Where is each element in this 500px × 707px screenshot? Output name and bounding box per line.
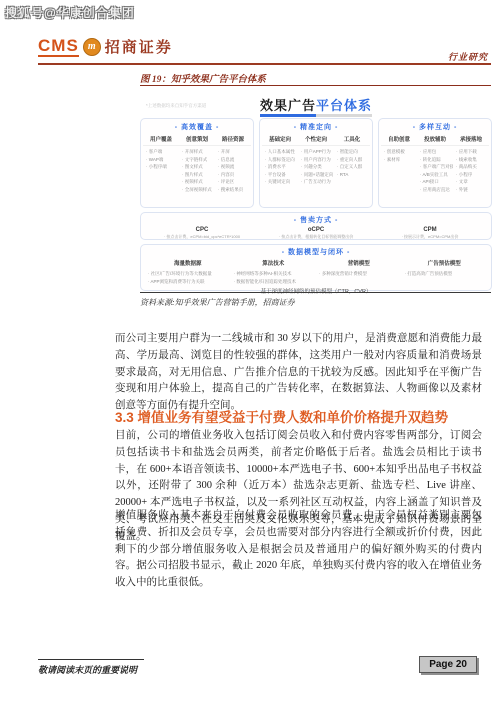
sell-mode-column: CPC· 按点击计费，eCPM=bid_cpc*eCTR*1000 [145, 227, 259, 240]
diagram-column: 承接落地· 应用下载· 线索收集· 商品购买· 小程序· 文章· 外链 [453, 134, 489, 194]
data-model-item: · APP浏览和消费等行为关联 [148, 278, 231, 286]
data-model-item: · 数据智能化/归因追踪处理技术 [234, 278, 317, 286]
data-model-column: 海量数据源· 社区/广告/环境行为等大数据量· APP浏览和消费等行为关联 [145, 259, 231, 285]
data-model-column-header: 营销模型 [316, 259, 402, 267]
diagram-top-boxes: - 高效覆盖 -用户覆盖· 客户端· WAP端· 小程序端创意策划· 开屏样式·… [140, 118, 492, 208]
sell-mode-column: oCPC· 按点击计费，根据转化目标智能调整出价 [259, 227, 373, 240]
diagram-item: · 内容页 [218, 171, 251, 179]
diagram-column-header: 路径资源 [215, 134, 251, 146]
diagram-item: · 创意模板 [384, 148, 417, 156]
diagram-item: · 商品购买 [456, 163, 489, 171]
data-model-title: - 数据模型与闭环 - [145, 247, 487, 257]
diagram-item: · 用户APP行为 [301, 148, 334, 156]
diagram-box-columns: 用户覆盖· 客户端· WAP端· 小程序端创意策划· 开屏样式· 文字链样式· … [143, 134, 251, 194]
sell-mode-name: CPC [145, 227, 259, 233]
data-model-column: 营销模型· 多种深度营销计费模型 [316, 259, 402, 285]
diagram-column: 用户覆盖· 客户端· WAP端· 小程序端 [143, 134, 179, 194]
diagram-column-header: 基础定向 [262, 134, 298, 146]
diagram-item: · 评论区 [218, 178, 251, 186]
diagram-title: 效果广告平台体系 [140, 95, 492, 114]
figure-source: 资料来源:知乎效果广告营销手册，招商证券 [140, 292, 491, 308]
diagram-item: · 平台设备 [265, 171, 298, 179]
sell-mode-name: oCPC [259, 227, 373, 233]
diagram-item: · 问题+话题定向 [301, 171, 334, 179]
diagram-item: · 客户端 [146, 148, 179, 156]
data-model-column: 广告预估模型· 打造高效广告预估模型 [402, 259, 488, 285]
diagram-item: · 人群标签定向 [265, 156, 298, 164]
diagram-item: · 消费水平 [265, 163, 298, 171]
report-category-label: 行业研究 [448, 50, 488, 63]
figure-caption: 图 19：知乎效果广告平台体系 [140, 71, 266, 85]
diagram-column-header: 创意策划 [179, 134, 215, 146]
diagram-item: · 关键词定向 [265, 178, 298, 186]
diagram-column: 个性定向· 用户APP行为· 用户内容行为· 兴趣分类· 问题+话题定向· 广告… [298, 134, 334, 186]
diagram-item: · 人口基本属性 [265, 148, 298, 156]
diagram-column: 自助创意· 创意模板· 素材库 [381, 134, 417, 194]
diagram-item: · 搜索结果页 [218, 186, 251, 194]
body-paragraph-1: 而公司主要用户群为一二线城市和 30 岁以下的用户，是消费意愿和消费能力最高、学… [115, 331, 482, 415]
diagram-item: · 小程序 [456, 171, 489, 179]
diagram-item: · 素材库 [384, 156, 417, 164]
diagram-item: · 外链 [456, 186, 489, 194]
diagram-column: 路径资源· 开屏· 信息流· 视频流· 内容页· 评论区· 搜索结果页 [215, 134, 251, 194]
data-model-columns: 海量数据源· 社区/广告/环境行为等大数据量· APP浏览和消费等行为关联算法技… [145, 259, 487, 285]
diagram-column-items: · 用户APP行为· 用户内容行为· 兴趣分类· 问题+话题定向· 广告互动行为 [298, 146, 334, 186]
diagram-box: - 多样互动 -自助创意· 创意模板· 素材库投放辅助· 应用包· 转化追踪· … [378, 118, 492, 208]
data-model-item: · 多种深度营销计费模型 [319, 270, 402, 278]
diagram-item: · 客户端广告对接 [420, 163, 453, 171]
data-model-column-items: · 社区/广告/环境行为等大数据量· APP浏览和消费等行为关联 [145, 268, 231, 285]
diagram-column-items: · 智能定向· 重定向人群· 自定义人群· RTA [334, 146, 370, 178]
diagram-item: · 重定向人群 [337, 156, 370, 164]
diagram-item: · 智能定向 [337, 148, 370, 156]
diagram-item: · 信息流 [218, 156, 251, 164]
diagram-item: · 全屏视频样式 [182, 186, 215, 194]
diagram-item: · 线索收集 [456, 156, 489, 164]
diagram-item: · 视频样式 [182, 178, 215, 186]
diagram-item: · RTA [337, 171, 370, 179]
data-model-box: - 数据模型与闭环 - 海量数据源· 社区/广告/环境行为等大数据量· APP浏… [140, 244, 492, 291]
diagram-item: · 应用商店直达 [420, 186, 453, 194]
diagram-column: 工具化· 智能定向· 重定向人群· 自定义人群· RTA [334, 134, 370, 186]
data-model-column: 算法技术· 神经网络等多种AI-相关技术· 数据智能化/归因追踪处理技术 [231, 259, 317, 285]
diagram-item: · 图片样式 [182, 171, 215, 179]
page-number-badge: Page 20 [419, 656, 477, 673]
diagram-column-items: · 开屏· 信息流· 视频流· 内容页· 评论区· 搜索结果页 [215, 146, 251, 194]
figure-diagram: *上述数据均来自知乎官方渠道 效果广告平台体系 - 高效覆盖 -用户覆盖· 客户… [140, 88, 492, 291]
diagram-box: - 高效覆盖 -用户覆盖· 客户端· WAP端· 小程序端创意策划· 开屏样式·… [140, 118, 254, 208]
diagram-column-header: 用户覆盖 [143, 134, 179, 146]
data-model-column-items: · 多种深度营销计费模型 [316, 268, 402, 278]
diagram-box: - 精准定向 -基础定向· 人口基本属性· 人群标签定向· 消费水平· 平台设备… [259, 118, 373, 208]
diagram-box-title: - 多样互动 - [381, 122, 489, 132]
diagram-column-header: 工具化 [334, 134, 370, 146]
data-model-column-header: 算法技术 [231, 259, 317, 267]
diagram-item: · 应用包 [420, 148, 453, 156]
header-rule [38, 63, 491, 65]
sell-mode-desc: · 按点击计费，eCPM=bid_cpc*eCTR*1000 [145, 234, 259, 240]
body-paragraph-3: 增值服务收入基本来自于向付费会员收取的会员费，由于会员权益类别主要包括免费、折扣… [115, 508, 482, 592]
diagram-box-title: - 高效覆盖 - [143, 122, 251, 132]
diagram-item: · 应用下载 [456, 148, 489, 156]
data-model-item: · 社区/广告/环境行为等大数据量 [148, 270, 231, 278]
diagram-item: · 广告互动行为 [301, 178, 334, 186]
sell-mode-column: CPM· 按展示计费，eCPM=CPM出价 [373, 227, 487, 240]
diagram-column-items: · 创意模板· 素材库 [381, 146, 417, 163]
diagram-item: · WAP端 [146, 156, 179, 164]
diagram-column-items: · 客户端· WAP端· 小程序端 [143, 146, 179, 171]
header-logo: CMS m 招商证券 [38, 36, 173, 57]
diagram-item: · 开屏样式 [182, 148, 215, 156]
diagram-title-blue: 平台体系 [316, 98, 372, 117]
diagram-item: · 文章 [456, 178, 489, 186]
diagram-item: · 文字链样式 [182, 156, 215, 164]
footer-rule [38, 659, 144, 660]
diagram-column: 创意策划· 开屏样式· 文字链样式· 图文样式· 图片样式· 视频样式· 全屏视… [179, 134, 215, 194]
sell-mode-name: CPM [373, 227, 487, 233]
sell-mode-box: - 售卖方式 - CPC· 按点击计费，eCPM=bid_cpc*eCTR*10… [140, 212, 492, 240]
diagram-column-items: · 人口基本属性· 人群标签定向· 消费水平· 平台设备· 关键词定向 [262, 146, 298, 186]
diagram-column-header: 自助创意 [381, 134, 417, 146]
data-model-column-items: · 打造高效广告预估模型 [402, 268, 488, 278]
cms-logo-text: CMS [38, 37, 79, 57]
diagram-item: · 用户内容行为 [301, 156, 334, 164]
diagram-box-title: - 精准定向 - [262, 122, 370, 132]
diagram-item: · 图文样式 [182, 163, 215, 171]
diagram-column-items: · 应用包· 转化追踪· 客户端广告对接· A/B实验工具· API接口· 应用… [417, 146, 453, 194]
diagram-box-columns: 基础定向· 人口基本属性· 人群标签定向· 消费水平· 平台设备· 关键词定向个… [262, 134, 370, 186]
data-model-column-items: · 神经网络等多种AI-相关技术· 数据智能化/归因追踪处理技术 [231, 268, 317, 285]
data-model-column-header: 广告预估模型 [402, 259, 488, 267]
diagram-column: 基础定向· 人口基本属性· 人群标签定向· 消费水平· 平台设备· 关键词定向 [262, 134, 298, 186]
figure-caption-rule [140, 85, 491, 86]
data-model-item: · 打造高效广告预估模型 [405, 270, 488, 278]
diagram-item: · 小程序端 [146, 163, 179, 171]
sell-mode-desc: · 按展示计费，eCPM=CPM出价 [373, 234, 487, 240]
watermark: 搜狐号@华康创合集团 [5, 4, 135, 21]
diagram-column-items: · 应用下载· 线索收集· 商品购买· 小程序· 文章· 外链 [453, 146, 489, 194]
diagram-box-columns: 自助创意· 创意模板· 素材库投放辅助· 应用包· 转化追踪· 客户端广告对接·… [381, 134, 489, 194]
diagram-column-items: · 开屏样式· 文字链样式· 图文样式· 图片样式· 视频样式· 全屏视频样式 [179, 146, 215, 194]
diagram-title-black: 效果广告 [260, 98, 316, 117]
company-name: 招商证券 [105, 36, 173, 57]
diagram-item: · 兴趣分类 [301, 163, 334, 171]
diagram-item: · API接口 [420, 178, 453, 186]
sell-mode-title: - 售卖方式 - [145, 215, 487, 225]
sell-mode-desc: · 按点击计费，根据转化目标智能调整出价 [259, 234, 373, 240]
diagram-column: 投放辅助· 应用包· 转化追踪· 客户端广告对接· A/B实验工具· API接口… [417, 134, 453, 194]
diagram-column-header: 投放辅助 [417, 134, 453, 146]
diagram-column-header: 承接落地 [453, 134, 489, 146]
cms-logo-icon: m [83, 38, 101, 56]
data-model-item: · 神经网络等多种AI-相关技术 [234, 270, 317, 278]
sell-mode-columns: CPC· 按点击计费，eCPM=bid_cpc*eCTR*1000oCPC· 按… [145, 227, 487, 240]
diagram-column-header: 个性定向 [298, 134, 334, 146]
section-heading: 3.3 增值业务有望受益于付费人数和单价价格提升双趋势 [115, 406, 495, 426]
data-model-column-header: 海量数据源 [145, 259, 231, 267]
diagram-item: · 开屏 [218, 148, 251, 156]
footer-disclaimer: 敬请阅读末页的重要说明 [38, 663, 137, 676]
diagram-item: · 自定义人群 [337, 163, 370, 171]
diagram-item: · A/B实验工具 [420, 171, 453, 179]
diagram-item: · 视频流 [218, 163, 251, 171]
diagram-item: · 转化追踪 [420, 156, 453, 164]
